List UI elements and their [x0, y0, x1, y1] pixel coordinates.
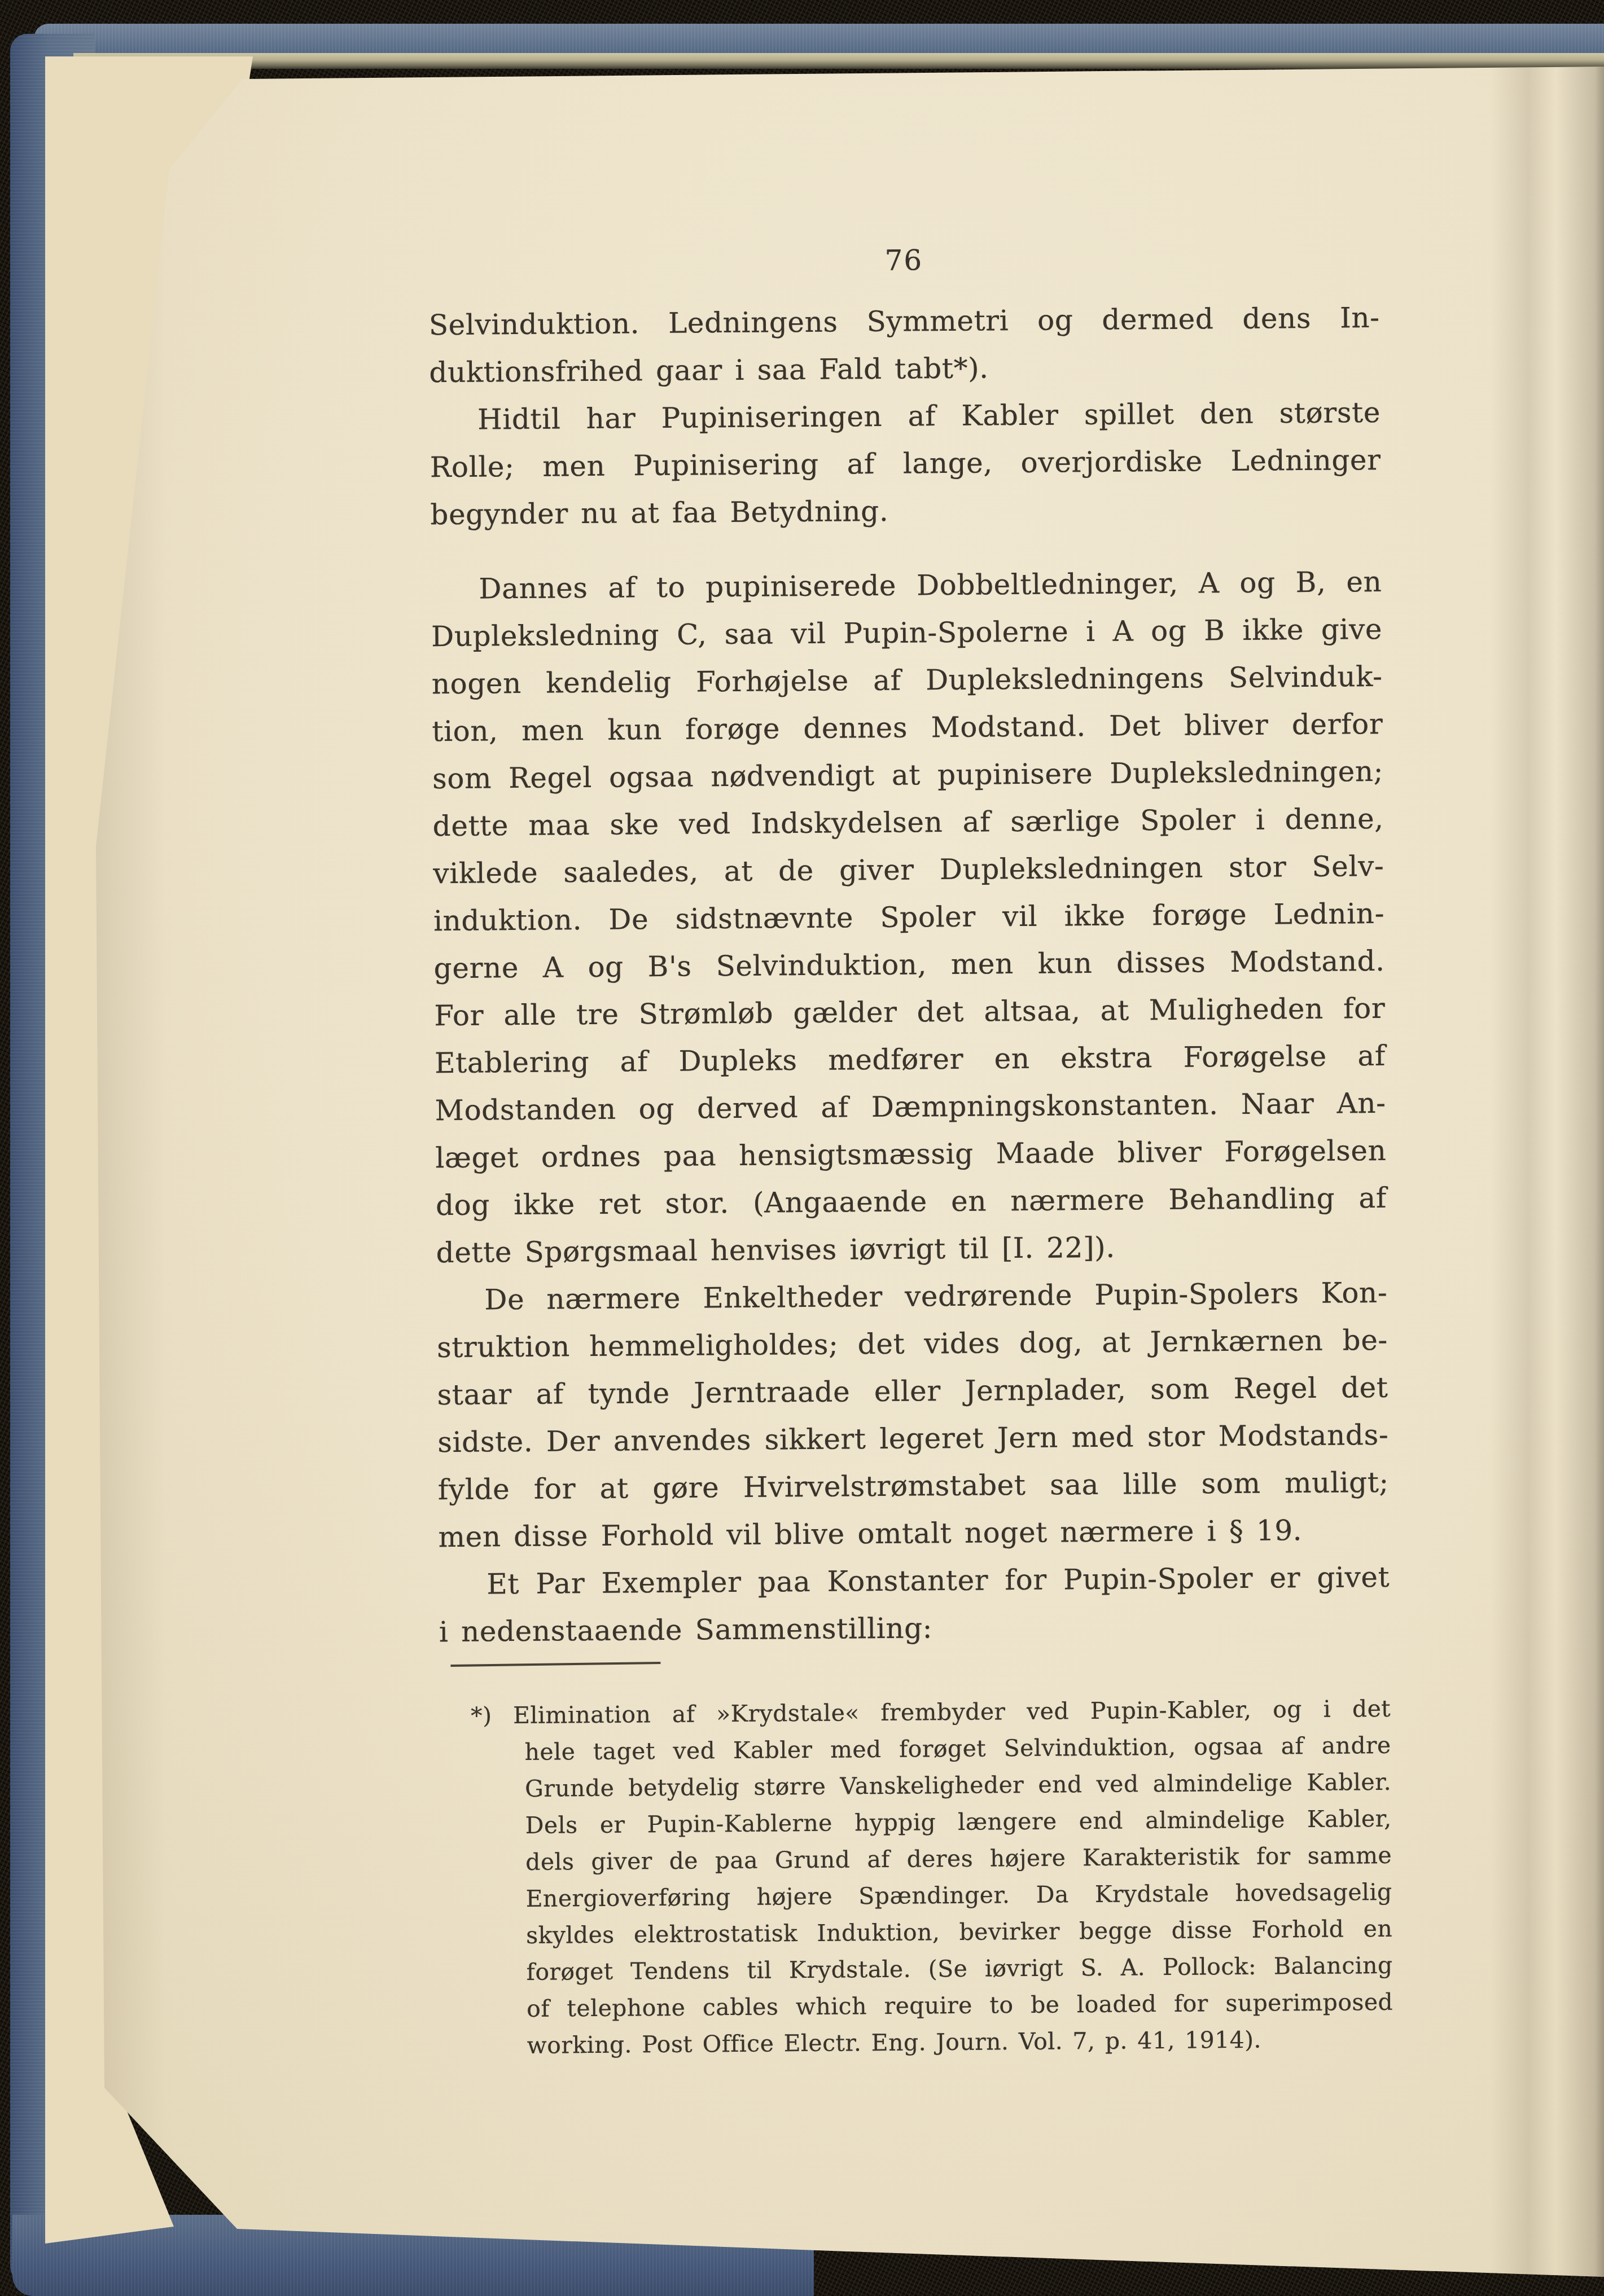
text-line: duktionsfrihed gaar i saa Fald tabt*). [429, 341, 1381, 396]
footnote-line: forøget Tendens til Krydstale. (Se iøvri… [526, 1947, 1392, 1991]
text-line: gerne A og B's Selvinduktion, men kun di… [433, 937, 1385, 992]
text-line: nogen kendelig Forhøjelse af Dupleksledn… [431, 653, 1383, 708]
text-line: Et Par Exempler paa Konstanter for Pupin… [439, 1553, 1390, 1608]
footnote-line: Grunde betydelig større Vanskeligheder e… [525, 1764, 1391, 1807]
text-line: Selvinduktion. Ledningens Symmetri og de… [428, 294, 1380, 349]
text-line: dette maa ske ved Indskydelsen af særlig… [432, 795, 1384, 850]
text-line: Modstanden og derved af Dæmpningskonstan… [435, 1079, 1386, 1134]
page-edges-top [73, 53, 1604, 69]
footnote-separator-rule [450, 1662, 660, 1667]
text-line: De nærmere Enkeltheder vedrørende Pupin-… [436, 1269, 1388, 1324]
text-line: læget ordnes paa hensigtsmæssig Maade bl… [435, 1127, 1387, 1182]
footnote-line: skyldes elektrostatisk Induktion, bevirk… [526, 1911, 1392, 1954]
text-line: dog ikke ret stor. (Angaaende en nærmere… [436, 1174, 1387, 1229]
footnote-line: dels giver de paa Grund af deres højere … [525, 1837, 1392, 1881]
text-line: Hidtil har Pupiniseringen af Kabler spil… [430, 389, 1381, 444]
footnote-line: working. Post Office Electr. Eng. Journ.… [527, 2021, 1393, 2064]
text-line: men disse Forhold vil blive omtalt noget… [438, 1506, 1390, 1561]
page-number: 76 [428, 240, 1379, 281]
text-line: begynder nu at faa Betydning. [430, 484, 1382, 538]
text-line: induktion. De sidstnævnte Spoler vil ikk… [433, 890, 1385, 945]
text-line: sidste. Der anvendes sikkert legeret Jer… [437, 1411, 1389, 1466]
text-line: som Regel ogsaa nødvendigt at pupinisere… [432, 748, 1384, 802]
text-line: Rolle; men Pupinisering af lange, overjo… [430, 436, 1381, 491]
page-content: 76 Selvinduktion. Ledningens Symmetri og… [82, 56, 1604, 2283]
text-line: struktion hemmeligholdes; det vides dog,… [437, 1316, 1388, 1371]
footnote-line: Dels er Pupin-Kablerne hyppig længere en… [525, 1801, 1391, 1844]
text-line: Dupleksledning C, saa vil Pupin-Spolerne… [431, 605, 1383, 660]
text-line: dette Spørgsmaal henvises iøvrigt til [I… [436, 1222, 1387, 1276]
text-line: viklede saaledes, at de giver Dupleksled… [433, 842, 1384, 897]
text-line: i nedenstaaende Sammenstilling: [439, 1601, 1391, 1656]
footnote-line: Energioverføring højere Spændinger. Da K… [525, 1874, 1392, 1917]
text-line: tion, men kun forøge dennes Modstand. De… [432, 700, 1383, 755]
footnote-line: of telephone cables which require to be … [527, 1984, 1393, 2027]
text-line: staar af tynde Jerntraade eller Jernplad… [437, 1364, 1388, 1419]
text-line: For alle tre Strømløb gælder det altsaa,… [434, 985, 1386, 1039]
footnote-text: *) Elimination af »Krydstale« frembyder … [440, 1691, 1393, 2065]
text-line: fylde for at gøre Hvirvelstrømstabet saa… [438, 1459, 1390, 1513]
footnote-line: hele taget ved Kabler med forøget Selvin… [524, 1727, 1391, 1771]
text-line: Etablering af Dupleks medfører en ekstra… [435, 1032, 1386, 1087]
book-page: 76 Selvinduktion. Ledningens Symmetri og… [90, 62, 1604, 2277]
text-line: Dannes af to pupiniserede Dobbeltledning… [431, 558, 1382, 613]
body-text: Selvinduktion. Ledningens Symmetri og de… [428, 294, 1390, 1656]
